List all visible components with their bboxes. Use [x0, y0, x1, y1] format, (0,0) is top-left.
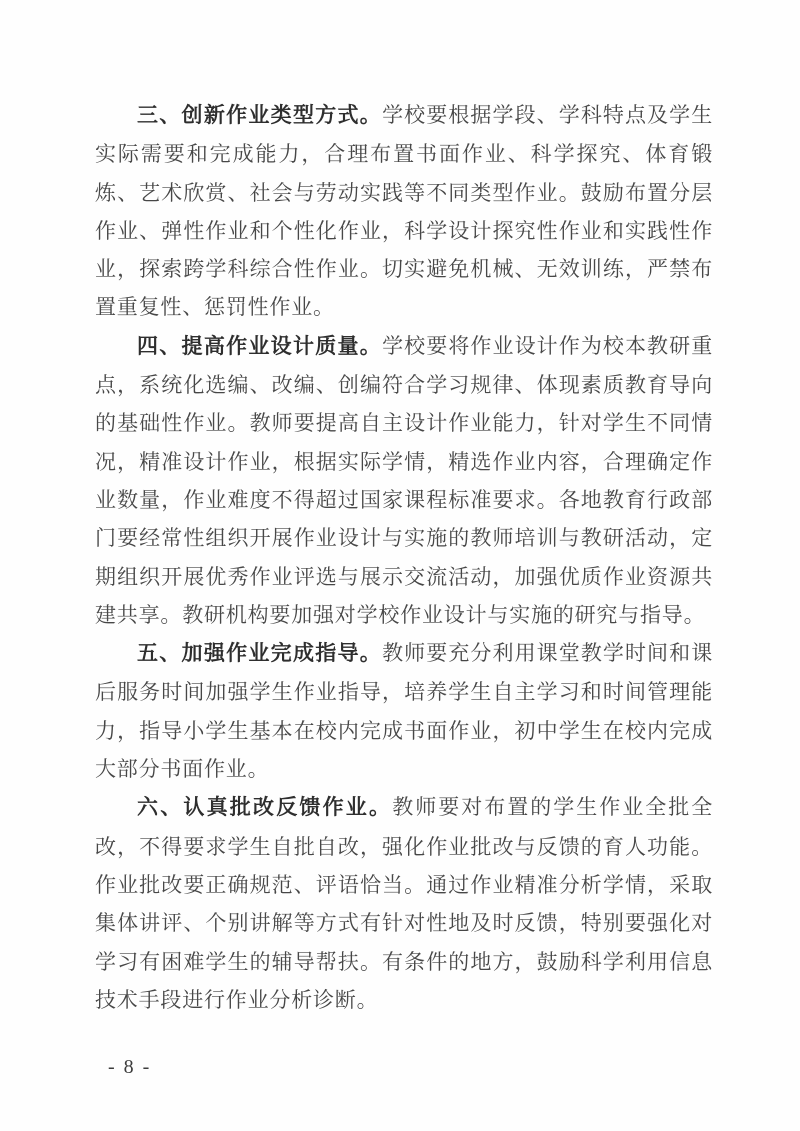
paragraph-5: 五、加强作业完成指导。教师要充分利用课堂教学时间和课后服务时间加强学生作业指导，…	[95, 634, 713, 788]
document-page: 三、创新作业类型方式。学校要根据学段、学科特点及学生实际需要和完成能力，合理布置…	[0, 0, 800, 1131]
paragraph-4-heading: 四、提高作业设计质量。	[137, 335, 382, 358]
document-body: 三、创新作业类型方式。学校要根据学段、学科特点及学生实际需要和完成能力，合理布置…	[95, 96, 713, 1019]
paragraph-3-text: 学校要根据学段、学科特点及学生实际需要和完成能力，合理布置书面作业、科学探究、体…	[95, 103, 713, 319]
paragraph-3: 三、创新作业类型方式。学校要根据学段、学科特点及学生实际需要和完成能力，合理布置…	[95, 96, 713, 327]
page-number: - 8 -	[108, 1056, 151, 1079]
paragraph-6-heading: 六、认真批改反馈作业。	[137, 796, 392, 819]
paragraph-4: 四、提高作业设计质量。学校要将作业设计作为校本教研重点，系统化选编、改编、创编符…	[95, 327, 713, 634]
paragraph-6-text: 教师要对布置的学生作业全批全改，不得要求学生自批自改，强化作业批改与反馈的育人功…	[95, 795, 713, 1011]
paragraph-5-heading: 五、加强作业完成指导。	[137, 642, 382, 665]
paragraph-4-text: 学校要将作业设计作为校本教研重点，系统化选编、改编、创编符合学习规律、体现素质教…	[95, 334, 713, 627]
paragraph-6: 六、认真批改反馈作业。教师要对布置的学生作业全批全改，不得要求学生自批自改，强化…	[95, 788, 713, 1019]
paragraph-3-heading: 三、创新作业类型方式。	[137, 104, 382, 127]
